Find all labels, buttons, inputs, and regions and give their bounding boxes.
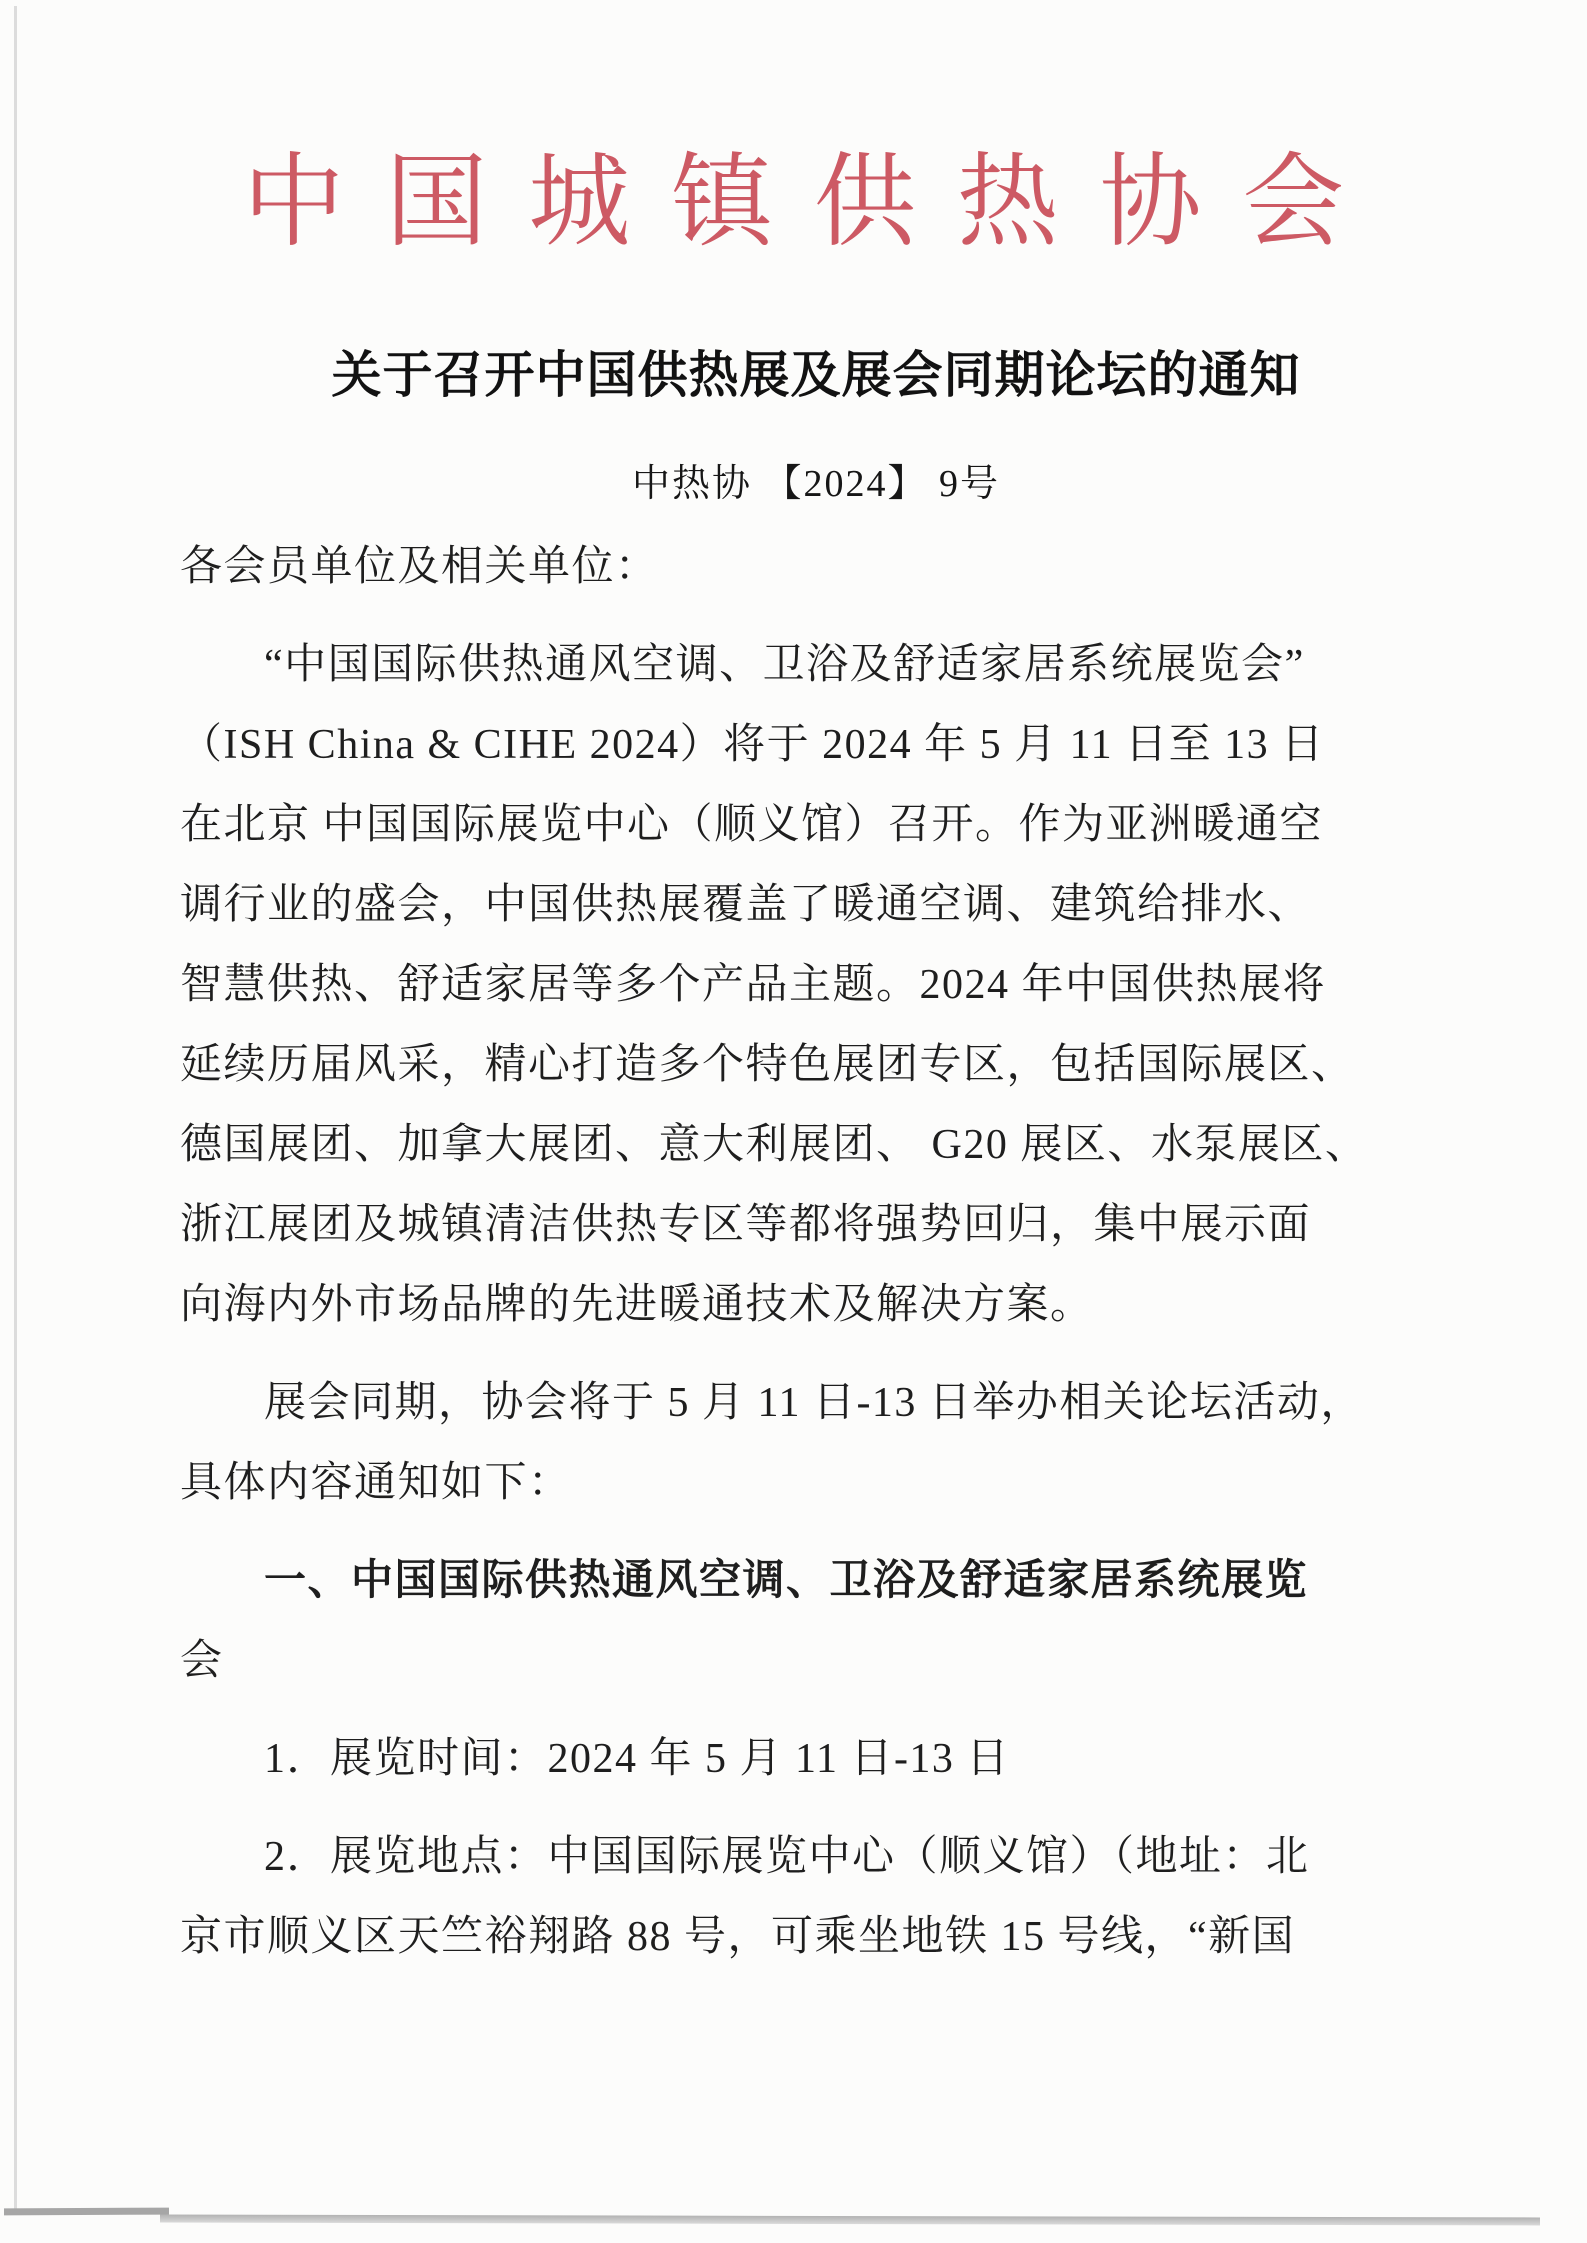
document-title: 关于召开中国供热展及展会同期论坛的通知 [180, 344, 1452, 407]
scanned-document-page: 中国城镇供热协会 关于召开中国供热展及展会同期论坛的通知 中热协 【2024】 … [0, 0, 1587, 2243]
list-item-1: 1．展览时间：2024 年 5 月 11 日-13 日 [180, 1719, 1456, 1799]
list-item-2-line: 2．展览地点：中国国际展览中心（顺义馆）（地址：北 [180, 1817, 1456, 1897]
list-item-2-line: 京市顺义区天竺裕翔路 88 号，可乘坐地铁 15 号线，“新国 [180, 1897, 1456, 1977]
paragraph1-line: （ISH China & CIHE 2024）将于 2024 年 5 月 11 … [180, 705, 1456, 785]
paragraph1-line: 智慧供热、舒适家居等多个产品主题。2024 年中国供热展将 [180, 945, 1456, 1025]
paragraph2-line: 具体内容通知如下： [180, 1443, 1456, 1523]
paragraph1-line: 调行业的盛会，中国供热展覆盖了暖通空调、建筑给排水、 [180, 865, 1456, 945]
section1-heading-wrap: 会 [180, 1621, 1456, 1701]
document-body: 各会员单位及相关单位： “中国国际供热通风空调、卫浴及舒适家居系统展览会” （I… [180, 527, 1456, 1977]
paragraph1-line: 延续历届风采，精心打造多个特色展团专区，包括国际展区、 [180, 1025, 1456, 1105]
paragraph1-line: 在北京 中国国际展览中心（顺义馆）召开。作为亚洲暖通空 [180, 785, 1456, 865]
paragraph1-line: “中国国际供热通风空调、卫浴及舒适家居系统展览会” [180, 625, 1456, 705]
scan-bottom-shadow-left [4, 2208, 169, 2216]
organization-title: 中国城镇供热协会 [0, 150, 1587, 257]
scan-bottom-shadow [160, 2215, 1540, 2226]
section1-heading: 一、中国国际供热通风空调、卫浴及舒适家居系统展览 [180, 1541, 1456, 1621]
paragraph1-line: 向海内外市场品牌的先进暖通技术及解决方案。 [180, 1265, 1456, 1345]
paragraph2-line: 展会同期，协会将于 5 月 11 日-13 日举办相关论坛活动， [180, 1363, 1456, 1443]
paragraph1-line: 浙江展团及城镇清洁供热专区等都将强势回归，集中展示面 [180, 1185, 1456, 1265]
document-number: 中热协 【2024】 9号 [180, 452, 1452, 507]
paragraph1-line: 德国展团、加拿大展团、意大利展团、 G20 展区、水泵展区、 [180, 1105, 1456, 1185]
scan-edge-left-line [14, 6, 17, 2211]
salutation: 各会员单位及相关单位： [180, 527, 1456, 607]
